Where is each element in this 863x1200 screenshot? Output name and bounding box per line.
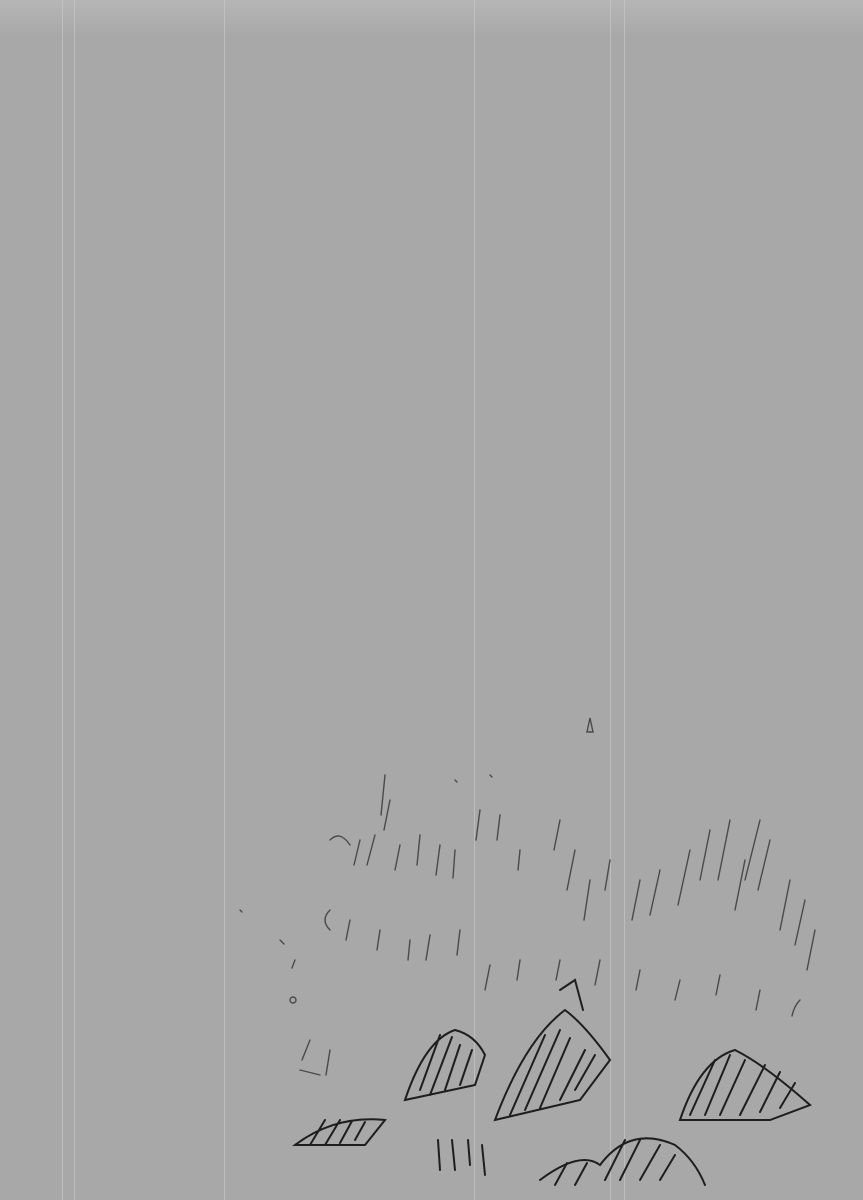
sketch-paper: [0, 0, 863, 1200]
rock-outcrops: [295, 980, 810, 1185]
pencil-drawing: [0, 0, 863, 1200]
grass-strokes: [240, 718, 815, 1075]
